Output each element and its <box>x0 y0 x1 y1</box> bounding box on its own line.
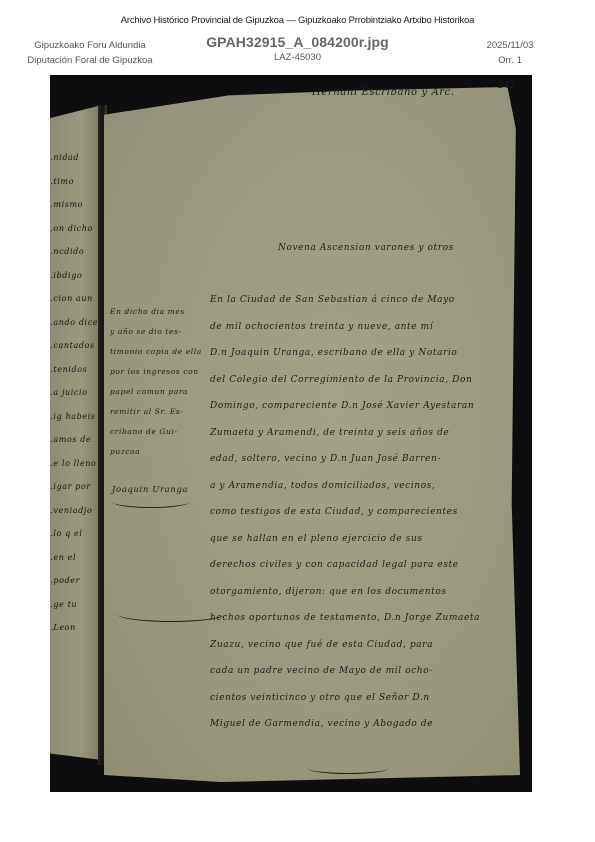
margin-signature: Joaquin Uranga <box>112 485 188 495</box>
main-text-line: D.n Joaquin Uranga, escribano de ella y … <box>210 348 457 358</box>
main-text-line: Domingo, compareciente D.n José Xavier A… <box>210 401 474 411</box>
left-page-line: ...amos de <box>50 435 91 444</box>
margin-note-line: y año se dio tes- <box>110 327 182 336</box>
reference-code: LAZ-45030 <box>185 52 410 63</box>
folio-number: 242 <box>498 81 515 91</box>
page-number: Orr. 1 <box>470 53 550 68</box>
margin-note-line: remitir al Sr. Es- <box>110 407 184 416</box>
page-heading: Hernani Escribano y Arc. <box>312 87 455 98</box>
left-page-line: ...ge tu <box>50 600 77 609</box>
left-page-line: ...ando dice <box>50 318 98 327</box>
signature-flourish <box>112 495 190 508</box>
left-page-line: ...ig habeis <box>50 412 96 421</box>
main-text-line: de mil ochocientos treinta y nueve, ante… <box>210 322 433 332</box>
main-text-line: Zumaeta y Aramendi, de treinta y seis añ… <box>210 428 449 438</box>
margin-note-line: puzcoa <box>110 447 140 456</box>
main-text-line: derechos civiles y con capacidad legal p… <box>210 560 459 570</box>
archive-title: Archivo Histórico Provincial de Gipuzkoa… <box>0 15 595 26</box>
main-text-line: edad, soltero, vecino y D.n Juan José Ba… <box>210 454 441 464</box>
left-page-line: ...timo <box>50 177 74 186</box>
main-text-line: otorgamiento, dijeron: que en los docume… <box>210 587 447 597</box>
margin-note-line: cribano de Gui- <box>110 427 178 436</box>
institution-block: Gipuzkoako Foru Aldundia Diputación Fora… <box>20 38 160 68</box>
left-page-line: ...cantados <box>50 341 95 350</box>
file-info-block: GPAH32915_A_084200r.jpg LAZ-45030 <box>185 34 410 63</box>
left-page-line: ...mismo <box>50 200 83 209</box>
date-page-block: 2025/11/03 Orr. 1 <box>470 38 550 68</box>
left-page-line: ...ncdido <box>50 247 84 256</box>
left-page-line: ...nidad <box>50 153 79 162</box>
main-text-line: cada un padre vecino de Mayo de mil ocho… <box>210 666 433 676</box>
left-page-line: ...poder <box>50 576 80 585</box>
left-page-line: ...a juicio <box>50 388 88 397</box>
left-page-line: ...on dicho <box>50 224 93 233</box>
main-text-line: que se hallan en el pleno ejercicio de s… <box>210 534 423 544</box>
left-page-line: ...lo q el <box>50 529 83 538</box>
document-date: 2025/11/03 <box>470 38 550 53</box>
margin-note-line: En dicho dia mes <box>110 307 185 316</box>
margin-note-line: por los ingresos con <box>110 367 199 376</box>
manuscript-scan-image: ...nidad...timo...mismo...on dicho...ncd… <box>50 75 532 792</box>
main-text-line: del Colegio del Corregimiento de la Prov… <box>210 375 472 385</box>
main-text-line: hechos oportunos de testamento, D.n Jorg… <box>210 613 480 623</box>
document-title: Novena Ascension varones y otros <box>278 243 454 253</box>
left-page-line: ...igar por <box>50 482 91 491</box>
left-page-line: ...Leon <box>50 623 76 632</box>
main-text-line: a y Aramendia, todos domiciliados, vecin… <box>210 481 435 491</box>
institution-basque: Gipuzkoako Foru Aldundia <box>20 38 160 53</box>
margin-note-line: papel comun para <box>110 387 188 396</box>
main-text-line: Miguel de Garmendia, vecino y Abogado de <box>210 719 433 729</box>
left-page-line: ...veniadjo <box>50 506 92 515</box>
left-page-line: ...tenidos <box>50 365 87 374</box>
margin-note-line: timonio copia de ella <box>110 347 202 356</box>
file-name: GPAH32915_A_084200r.jpg <box>185 34 410 50</box>
left-page-line: ...ibdigo <box>50 271 82 280</box>
main-text-line: En la Ciudad de San Sebastian á cinco de… <box>210 295 455 305</box>
left-page-line: ...en el <box>50 553 76 562</box>
closing-flourish <box>308 763 388 774</box>
main-text-line: Zuazu, vecino que fué de esta Ciudad, pa… <box>210 640 433 650</box>
left-page-line: ...e lo lleno <box>50 459 96 468</box>
institution-spanish: Diputación Foral de Gipuzkoa <box>20 53 160 68</box>
left-page-line: ...cion aun <box>50 294 93 303</box>
main-text-line: cientos veinticinco y otro que el Señor … <box>210 693 430 703</box>
main-text-line: como testigos de esta Ciudad, y comparec… <box>210 507 458 517</box>
